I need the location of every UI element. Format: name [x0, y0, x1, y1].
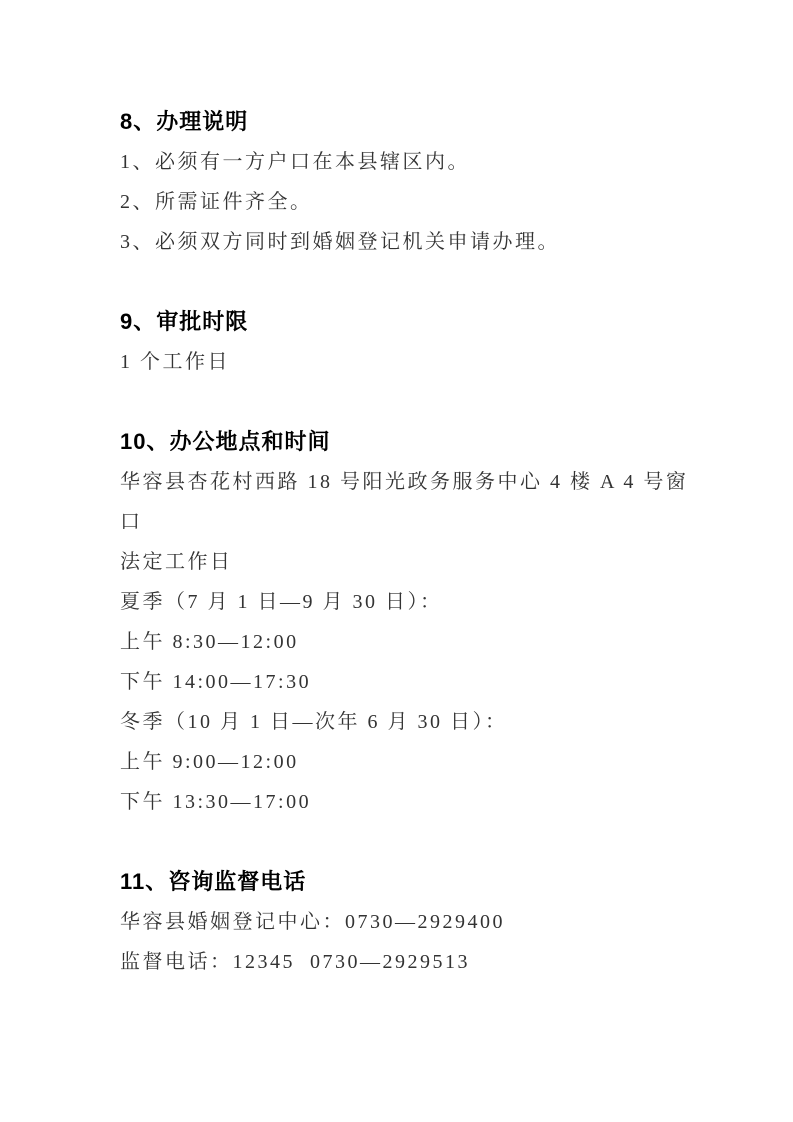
- section-office-location-hours: 10、办公地点和时间 华容县杏花村西路 18 号阳光政务服务中心 4 楼 A 4…: [120, 422, 693, 822]
- section-processing-instructions: 8、办理说明 1、必须有一方户口在本县辖区内。 2、所需证件齐全。 3、必须双方…: [120, 102, 693, 262]
- section-heading: 11、咨询监督电话: [120, 862, 693, 902]
- paragraph: 下午 13:30—17:00: [120, 782, 693, 822]
- paragraph: 上午 8:30—12:00: [120, 622, 693, 662]
- paragraph: 1 个工作日: [120, 342, 693, 382]
- paragraph: 夏季（7 月 1 日—9 月 30 日）：: [120, 582, 693, 622]
- document-content: 8、办理说明 1、必须有一方户口在本县辖区内。 2、所需证件齐全。 3、必须双方…: [120, 102, 693, 982]
- paragraph: 下午 14:00—17:30: [120, 662, 693, 702]
- section-heading: 9、审批时限: [120, 302, 693, 342]
- document-page: 8、办理说明 1、必须有一方户口在本县辖区内。 2、所需证件齐全。 3、必须双方…: [0, 0, 793, 1122]
- paragraph: 法定工作日: [120, 542, 693, 582]
- paragraph: 1、必须有一方户口在本县辖区内。: [120, 142, 693, 182]
- section-heading: 8、办理说明: [120, 102, 693, 142]
- section-supervision-phone: 11、咨询监督电话 华容县婚姻登记中心：0730—2929400 监督电话：12…: [120, 862, 693, 982]
- paragraph: 上午 9:00—12:00: [120, 742, 693, 782]
- paragraph: 冬季（10 月 1 日—次年 6 月 30 日）：: [120, 702, 693, 742]
- paragraph: 华容县杏花村西路 18 号阳光政务服务中心 4 楼 A 4 号窗口: [120, 462, 693, 542]
- section-approval-time-limit: 9、审批时限 1 个工作日: [120, 302, 693, 382]
- paragraph: 监督电话：12345 0730—2929513: [120, 942, 693, 982]
- paragraph: 2、所需证件齐全。: [120, 182, 693, 222]
- section-heading: 10、办公地点和时间: [120, 422, 693, 462]
- paragraph: 华容县婚姻登记中心：0730—2929400: [120, 902, 693, 942]
- paragraph: 3、必须双方同时到婚姻登记机关申请办理。: [120, 222, 693, 262]
